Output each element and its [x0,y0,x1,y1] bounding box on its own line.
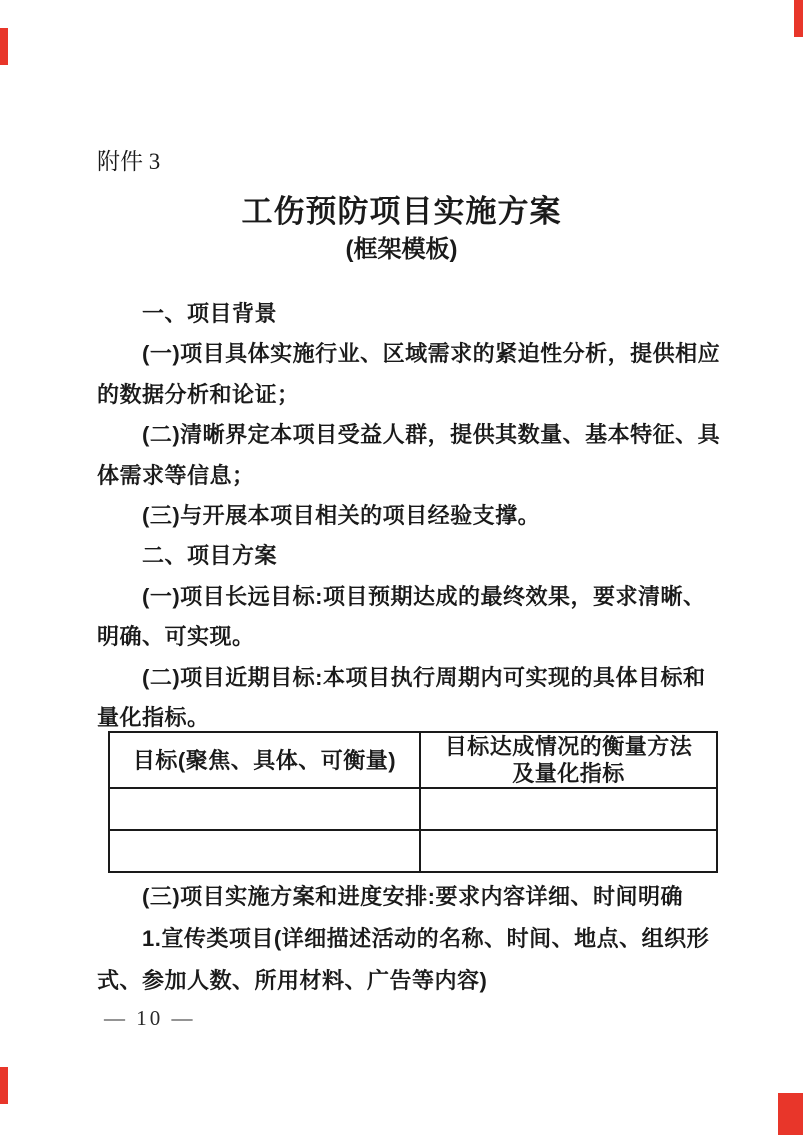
body-line: 明确、可实现。 [97,617,737,657]
body-line: (二)项目近期目标:本项目执行周期内可实现的具体目标和 [97,658,737,698]
body-line: (一)项目具体实施行业、区域需求的紧迫性分析，提供相应 [97,334,737,374]
document-subtitle: (框架模板) [0,229,803,264]
body-line: 式、参加人数、所用材料、广告等内容) [97,960,737,1002]
document-title: 工伤预防项目实施方案 [0,186,803,231]
body-line: (二)清晰界定本项目受益人群，提供其数量、基本特征、具 [97,415,737,455]
table-row [109,788,717,830]
page-number: — 10 — [104,1004,196,1032]
body-text-block: 一、项目背景 (一)项目具体实施行业、区域需求的紧迫性分析，提供相应 的数据分析… [97,294,737,738]
body-line: 1.宣传类项目(详细描述活动的名称、时间、地点、组织形 [97,918,737,960]
table-row [109,830,717,872]
goals-table: 目标(聚焦、具体、可衡量) 目标达成情况的衡量方法 及量化指标 [108,731,718,873]
table-header-row: 目标(聚焦、具体、可衡量) 目标达成情况的衡量方法 及量化指标 [109,732,717,788]
section-heading-1: 一、项目背景 [97,294,737,334]
table-header-measurement: 目标达成情况的衡量方法 及量化指标 [420,732,717,788]
body-line: 的数据分析和论证； [97,375,737,415]
body-line: 体需求等信息； [97,456,737,496]
attachment-label: 附件 3 [97,143,160,176]
body-line: (三)项目实施方案和进度安排:要求内容详细、时间明确 [97,876,737,918]
body-line: (一)项目长远目标:项目预期达成的最终效果，要求清晰、 [97,577,737,617]
red-corner-mark-bottom-right [778,1093,803,1135]
body-line: (三)与开展本项目相关的项目经验支撑。 [97,496,737,536]
table-cell-empty [109,788,420,830]
table-header-measurement-line2: 及量化指标 [421,760,716,787]
section-heading-2: 二、项目方案 [97,536,737,576]
table-cell-empty [109,830,420,872]
red-corner-mark-bottom-left [0,1067,8,1104]
document-page: 附件 3 工伤预防项目实施方案 (框架模板) 一、项目背景 (一)项目具体实施行… [0,0,803,1135]
table-header-measurement-line1: 目标达成情况的衡量方法 [421,733,716,760]
red-corner-mark-top-right [794,0,803,37]
body-text-block-after-table: (三)项目实施方案和进度安排:要求内容详细、时间明确 1.宣传类项目(详细描述活… [97,876,737,1002]
table-cell-empty [420,830,717,872]
red-corner-mark-top-left [0,28,8,65]
table-header-goal: 目标(聚焦、具体、可衡量) [109,732,420,788]
table-cell-empty [420,788,717,830]
